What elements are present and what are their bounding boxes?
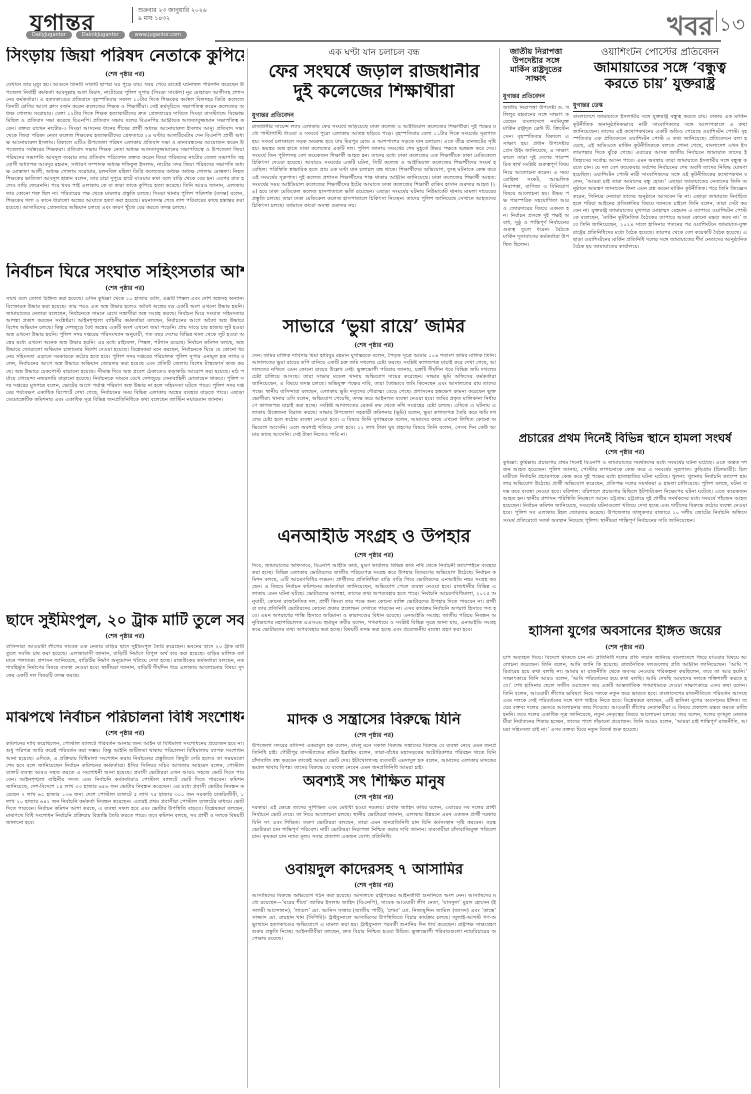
headline: অবশ্যই সৎ শিক্ষিত মানুষ <box>252 774 496 790</box>
continuation-label: (শেষ পৃষ্ঠার পর) <box>503 642 747 653</box>
byline: যুগান্তর ডেস্ক <box>573 100 603 112</box>
date-bengali: ৯ মাঘ ১৪৩২ <box>138 15 207 23</box>
story-us-security: জাতীয় নিরাপত্তা উপদেষ্টার সঙ্গে মার্কিন… <box>503 47 569 427</box>
website-link[interactable]: www.jugantor.com <box>129 31 187 39</box>
headline: নির্বাচন ঘিরে সংঘাত সহিংসতার আশঙ্কা <box>6 263 244 281</box>
article-body: উপজেলা সদরের বাসিন্দা একরামুল হক বলেন, ব… <box>252 743 496 772</box>
article-body: বাংলাদেশে জামায়াতে ইসলামীর সঙ্গে যুক্তর… <box>573 114 747 427</box>
continuation-label: (শেষ পৃষ্ঠার পর) <box>503 447 747 458</box>
social-facebook-link[interactable]: DailyJugantor <box>26 31 72 39</box>
headline: সাভারে ‘ভুয়া রায়ে’ জমির <box>252 318 496 338</box>
byline: যুগান্তর প্রতিবেদন <box>503 91 545 103</box>
article-body: জাতীয় নিরাপত্তা উপদেষ্টা ড. খলিলুর রহমা… <box>503 105 569 415</box>
headline: ওবায়দুল কাদেরসহ ৭ আসামির <box>252 862 496 878</box>
article-body: কুমিল্লা: কুমিল্লায় প্রচারণার প্রথম দিন… <box>503 460 747 620</box>
article-body: দেন। জমির মালিক দাবিদার মিয়া হাবিবুর রহ… <box>252 353 496 518</box>
continuation-label: (শেষ পৃষ্ঠার পর) <box>252 880 496 891</box>
kicker: ওয়াশিংটন পোস্টের প্রতিবেদন <box>573 47 747 59</box>
headline: প্রচারের প্রথম দিনেই বিভিন্ন স্থানে হামল… <box>503 432 747 445</box>
masthead-divider <box>215 40 721 42</box>
continuation-label: (শেষ পৃষ্ঠার পর) <box>6 69 244 80</box>
story-dhaka-colleges: এক ঘণ্টা যান চলাচল বন্ধ ফের সংঘর্ষে জড়া… <box>252 47 496 312</box>
story-campaign-attacks: প্রচারের প্রথম দিনেই বিভিন্ন স্থানে হামল… <box>503 432 747 620</box>
headline-line-1: ফের সংঘর্ষে জড়াল রাজধানীর <box>252 63 496 83</box>
article-body: আসামিদের বিরুদ্ধে অভিযোগ গঠন করা হয়েছে।… <box>252 893 496 1088</box>
story-obaidul-quader: ওবায়দুল কাদেরসহ ৭ আসামির (শেষ পৃষ্ঠার প… <box>252 862 496 1090</box>
headline-line-2: করতে চায়’ যুক্তরাষ্ট্র <box>573 77 747 93</box>
byline: যুগান্তর প্রতিবেদন <box>252 110 294 122</box>
story-rooftop-pool: ছাদে সুইমিংপুল, ২০ ট্রাক মাটি তুলে সবজি … <box>6 612 244 707</box>
masthead: যুগান্তর শুক্রবার ২৩ জানুয়ারি ২০২৬ ৯ মা… <box>0 0 751 44</box>
continuation-label: (শেষ পৃষ্ঠার পর) <box>252 340 496 351</box>
story-nid: এনআইডি সংগ্রহ ও উপহার (শেষ পৃষ্ঠার পর) দ… <box>252 528 496 710</box>
article-body: দিয়ে, জামায়াতের অফিসারে, বিএনপি আইডি ক… <box>252 563 496 710</box>
headline: মাদক ও সন্ত্রাসের বিরুদ্ধে যিনি <box>252 712 496 728</box>
story-election-rules: মাঝপথে নির্বাচন পরিচালনা বিধি সংশোধন (শে… <box>6 710 244 1090</box>
article-body: চাপ অব্যাহত দিয়ে। বিদেশে থাকতে চান না। … <box>503 655 747 1090</box>
headline-line-1: জাতীয় নিরাপত্তা <box>503 47 569 56</box>
column-divider <box>247 48 248 1088</box>
column-divider <box>499 48 500 1088</box>
story-jamaat-us: ওয়াশিংটন পোস্টের প্রতিবেদন জামায়াতের স… <box>573 47 747 427</box>
headline-line-2: উপদেষ্টার সঙ্গে <box>503 56 569 65</box>
continuation-label: (শেষ পৃষ্ঠার পর) <box>6 631 244 642</box>
section-title: খবর <box>667 6 713 50</box>
article-body: সাথে বলে তোলা চিহ্নিত করা হয়েছে। এদিন ক… <box>6 296 244 608</box>
page-number-divider <box>716 10 717 32</box>
headline: মাঝপথে নির্বাচন পরিচালনা বিধি সংশোধন <box>6 710 244 726</box>
story-election-violence: নির্বাচন ঘিরে সংঘাত সহিংসতার আশঙ্কা (শেষ… <box>6 263 244 608</box>
article-body: যেখানে তার মৃত্যু হয়। আগুনে তিনটি সাতটি… <box>6 82 244 257</box>
article-body: রাজধানীর সায়েন্স ল্যাব এলাকায় ফের সংঘর… <box>252 124 496 312</box>
headline: হাসিনা যুগের অবসানের ইঙ্গিত জয়ের <box>503 625 747 640</box>
story-drugs-terror: মাদক ও সন্ত্রাসের বিরুদ্ধে যিনি (শেষ পৃষ… <box>252 712 496 772</box>
continuation-label: (শেষ পৃষ্ঠার পর) <box>252 550 496 561</box>
headline-line-3: মার্কিন রাষ্ট্রদূতের <box>503 65 569 74</box>
headline: এনআইডি সংগ্রহ ও উপহার <box>252 528 496 548</box>
headline: সিংড়ায় জিয়া পরিষদ নেতাকে কুপিয়ে হত্য… <box>6 47 244 65</box>
page-number: ১৩ <box>719 10 745 43</box>
story-savar-land: সাভারে ‘ভুয়া রায়ে’ জমির (শেষ পৃষ্ঠার প… <box>252 318 496 518</box>
story-hasina-era: হাসিনা যুগের অবসানের ইঙ্গিত জয়ের (শেষ প… <box>503 625 747 1090</box>
story-honest-educated: অবশ্যই সৎ শিক্ষিত মানুষ (শেষ পৃষ্ঠার পর)… <box>252 774 496 859</box>
social-twitter-link[interactable]: DainikJugantor <box>76 31 125 39</box>
headline-line-1: জামায়াতের সঙ্গে ‘বন্ধুত্ব <box>573 61 747 77</box>
headline-line-2: দুই কলেজের শিক্ষার্থীরা <box>252 83 496 103</box>
headline: ছাদে সুইমিংপুল, ২০ ট্রাক মাটি তুলে সবজি <box>6 612 244 629</box>
article-body: বাসিন্দারা আওয়ামী লীগের সাবেক এক নেতার … <box>6 644 244 707</box>
headline-line-4: সাক্ষাৎ <box>503 74 569 83</box>
date-gregorian: শুক্রবার ২৩ জানুয়ারি ২০২৬ <box>138 7 207 15</box>
story-singra: সিংড়ায় জিয়া পরিষদ নেতাকে কুপিয়ে হত্য… <box>6 47 244 257</box>
article-body: দরকার। এই ক্ষেত্রে তাদের সুশিক্ষিত এবং ম… <box>252 805 496 859</box>
continuation-label: (শেষ পৃষ্ঠার পর) <box>252 730 496 741</box>
article-body: কমিশনের দাবি করেছিলেন, পোস্টাল ব্যালটে প… <box>6 741 244 1090</box>
continuation-label: (শেষ পৃষ্ঠার পর) <box>6 728 244 739</box>
date-block: শুক্রবার ২৩ জানুয়ারি ২০২৬ ৯ মাঘ ১৪৩২ <box>132 7 207 23</box>
continuation-label: (শেষ পৃষ্ঠার পর) <box>6 283 244 294</box>
social-links: DailyJugantor DainikJugantor www.juganto… <box>26 31 187 39</box>
continuation-label: (শেষ পৃষ্ঠার পর) <box>252 792 496 803</box>
kicker: এক ঘণ্টা যান চলাচল বন্ধ <box>252 47 496 59</box>
